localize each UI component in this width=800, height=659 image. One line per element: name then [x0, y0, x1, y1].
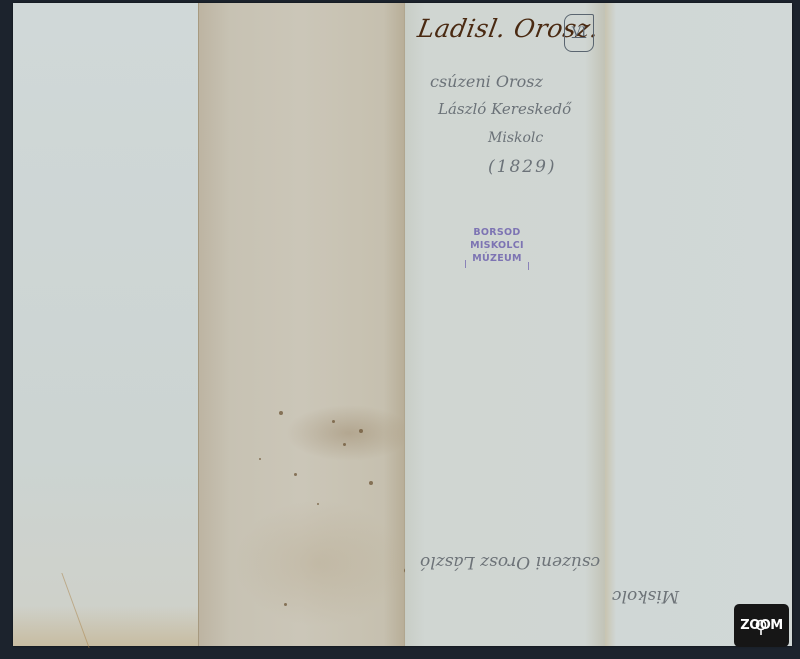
foxing-spot: [369, 481, 373, 485]
foxing-spot: [317, 503, 319, 505]
foxing-spot: [294, 473, 297, 476]
upside-down-pencil-line-2: Miskolc: [612, 586, 679, 606]
stamp-frame-tick: [465, 260, 466, 268]
stamp-line-3: MÚZEUM: [464, 252, 530, 265]
museum-stamp: BORSOD MISKOLCI MÚZEUM: [464, 226, 530, 265]
zoom-watermark-logo: ZOOM: [734, 604, 789, 647]
pencil-note-line-3: Miskolc: [488, 130, 543, 146]
reference-number-box: VI: [564, 14, 594, 52]
stamp-line-2: MISKOLCI: [464, 239, 530, 252]
foxing-spot: [284, 603, 287, 606]
foxing-spot: [343, 443, 346, 446]
foxing-spot: [259, 458, 261, 460]
pencil-note-line-2: László Kereskedő: [438, 100, 571, 118]
foxing-spot: [359, 429, 363, 433]
stamp-line-1: BORSOD: [464, 226, 530, 239]
fold-panel-2-stained: [198, 3, 405, 646]
upside-down-pencil-line-1: csúzeni Orosz László: [420, 552, 600, 572]
fold-panel-4: [605, 3, 792, 646]
fold-panel-1: [13, 3, 198, 646]
pencil-note-line-1: csúzeni Orosz: [430, 72, 543, 91]
stamp-frame-tick: [528, 262, 529, 270]
foxing-spot: [332, 420, 335, 423]
magnifier-icon: [754, 614, 768, 636]
pencil-note-line-4: (1829): [488, 157, 557, 177]
document-sheet: [13, 3, 792, 646]
foxing-spot: [279, 411, 283, 415]
